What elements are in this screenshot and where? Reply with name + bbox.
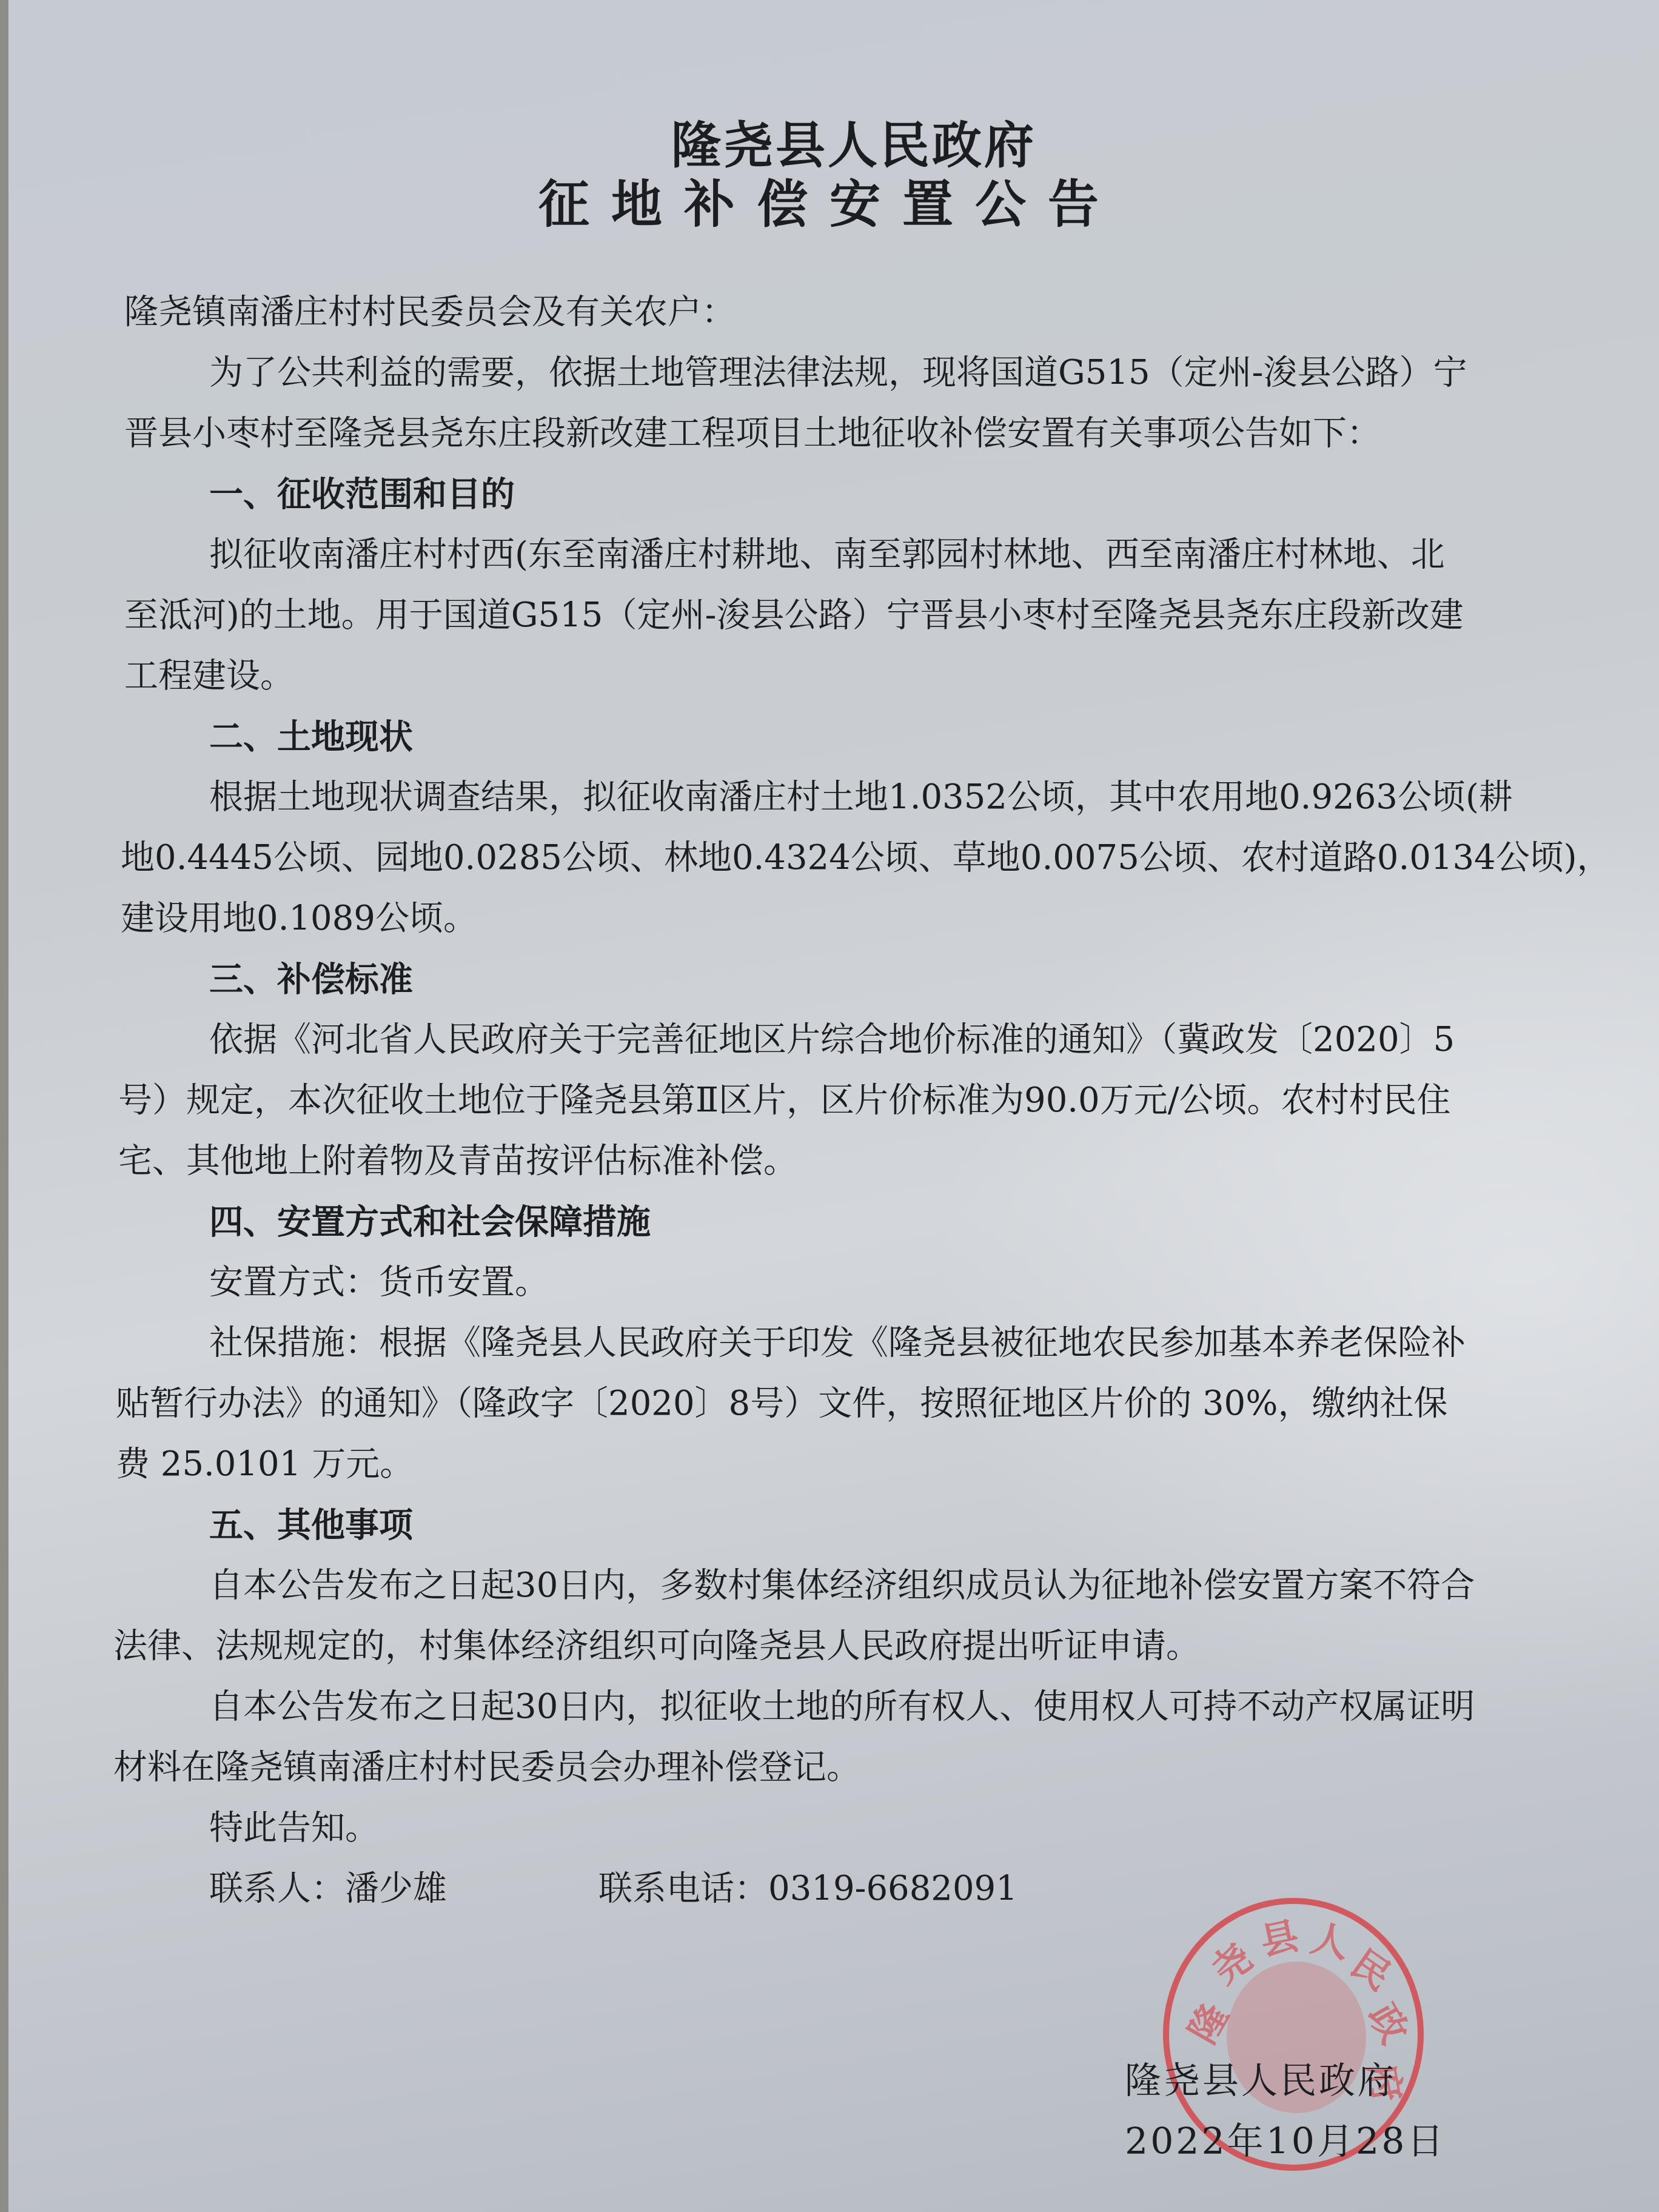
section-line: 宅、其他地上附着物及青苗按评估标准补偿。 <box>118 1131 1567 1191</box>
photo-background-edge <box>0 0 8 2212</box>
section-line: 拟征收南潘庄村村西(东至南潘庄村耕地、南至郭园村林地、西至南潘庄村林地、北 <box>124 525 1567 585</box>
contact-phone-label: 联系电话： <box>598 1858 768 1919</box>
section-heading-resettlement: 四、安置方式和社会保障措施 <box>124 1191 1567 1252</box>
section-heading-scope: 一、征收范围和目的 <box>124 464 1567 525</box>
notice-body: 隆尧镇南潘庄村村民委员会及有关农户： 为了公共利益的需要，依据土地管理法律法规，… <box>124 282 1567 1919</box>
section-line: 材料在隆尧镇南潘庄村村民委员会办理补偿登记。 <box>113 1737 1567 1798</box>
section-line: 依据《河北省人民政府关于完善征地区片综合地价标准的通知》（冀政发〔2020〕5 <box>124 1010 1567 1070</box>
section-heading-land-status: 二、土地现状 <box>124 706 1567 767</box>
signature-block: 隆尧县人民政府 2022年10月28日 <box>1125 2051 1446 2172</box>
contact-phone: 0319-6682091 <box>768 1858 1017 1919</box>
section-line: 自本公告发布之日起30日内，多数村集体经济组织成员认为征地补偿安置方案不符合 <box>124 1555 1567 1616</box>
section-line: 法律、法规规定的，村集体经济组织可向隆尧县人民政府提出听证申请。 <box>113 1616 1567 1677</box>
signature-date: 2022年10月28日 <box>1125 2111 1446 2172</box>
closing-text: 特此告知。 <box>124 1798 1567 1858</box>
section-heading-other: 五、其他事项 <box>124 1495 1567 1555</box>
seal-char: 政 <box>1358 1992 1424 2051</box>
section-line: 自本公告发布之日起30日内，拟征收土地的所有权人、使用权人可持不动产权属证明 <box>124 1677 1567 1737</box>
section-line: 社保措施：根据《隆尧县人民政府关于印发《隆尧县被征地农民参加基本养老保险补 <box>124 1313 1567 1373</box>
contact-person-label: 联系人： <box>209 1858 345 1919</box>
notice-title: 征地补偿安置公告 <box>0 164 1659 237</box>
section-line: 根据土地现状调查结果，拟征收南潘庄村土地1.0352公顷，其中农用地0.9263… <box>124 767 1567 828</box>
section-line: 费 25.0101 万元。 <box>116 1434 1567 1495</box>
section-line: 地0.4445公顷、园地0.0285公顷、林地0.4324公顷、草地0.0075… <box>121 828 1567 888</box>
section-line: 至泜河)的土地。用于国道G515（定州-浚县公路）宁晋县小枣村至隆尧县尧东庄段新… <box>124 585 1567 646</box>
intro-line: 为了公共利益的需要，依据土地管理法律法规，现将国道G515（定州-浚县公路）宁 <box>124 343 1567 403</box>
seal-char: 人 <box>1306 1908 1354 1969</box>
intro-line: 晋县小枣村至隆尧县尧东庄段新改建工程项目土地征收补偿安置有关事项公告如下： <box>124 403 1567 464</box>
section-line: 建设用地0.1089公顷。 <box>121 888 1567 949</box>
section-line: 贴暂行办法》的通知》（隆政字〔2020〕8号）文件，按照征地区片价的 30%，缴… <box>116 1373 1567 1434</box>
seal-char: 县 <box>1255 1906 1302 1966</box>
section-line: 安置方式：货币安置。 <box>124 1252 1567 1313</box>
signature-org: 隆尧县人民政府 <box>1125 2051 1446 2111</box>
section-line: 工程建设。 <box>124 646 1567 706</box>
section-line: 号）规定，本次征收土地位于隆尧县第Ⅱ区片，区片价标准为90.0万元/公顷。农村村… <box>118 1070 1567 1131</box>
salutation: 隆尧镇南潘庄村村民委员会及有关农户： <box>124 282 1567 343</box>
section-heading-compensation: 三、补偿标准 <box>124 949 1567 1010</box>
contact-person: 潘少雄 <box>345 1858 447 1919</box>
contact-row: 联系人： 潘少雄 联系电话： 0319-6682091 <box>124 1858 1567 1919</box>
